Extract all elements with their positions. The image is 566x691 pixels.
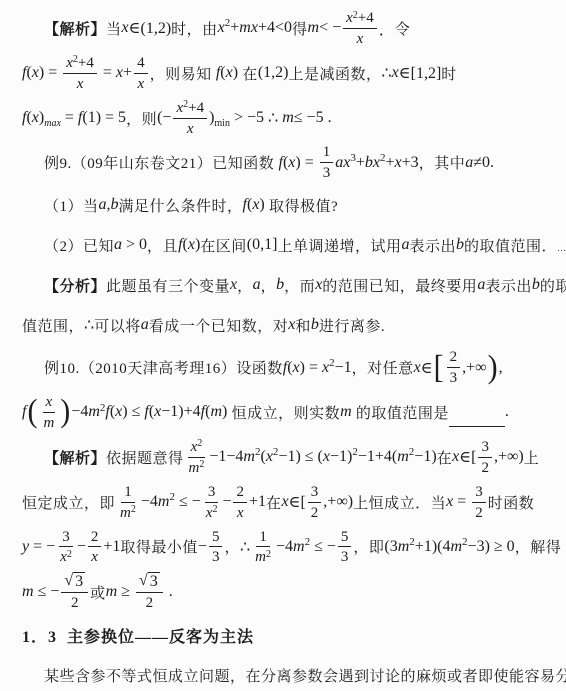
text-run: 恒成立，则实数 <box>227 402 340 423</box>
math-fraction: 32 <box>472 483 486 522</box>
math-variable: x <box>137 76 144 92</box>
math-variable: m <box>293 538 305 556</box>
text-line: 【分析】此题虽有三个变量x，a，b，而x的范围已知，最终要用a表示出b的取 <box>22 265 556 305</box>
math-variable: a <box>401 236 409 254</box>
fraction-numerator: 3 <box>478 438 492 458</box>
math-fraction: x2m2 <box>186 438 208 477</box>
math-text: 3 <box>323 165 331 181</box>
math-variable: x <box>116 64 123 82</box>
math-variable: x <box>230 276 237 294</box>
math-superscript: 2 <box>225 17 231 29</box>
math-text: = <box>453 493 470 511</box>
math-variable: ax <box>335 154 350 172</box>
math-variable: x <box>188 236 195 254</box>
math-text: − <box>77 538 86 556</box>
text-run: 取得极值? <box>265 195 338 216</box>
fraction-numerator: 3 <box>308 483 322 503</box>
math-text: < − <box>319 19 341 37</box>
math-text: 3 <box>208 484 216 500</box>
fraction-denominator: x <box>74 74 87 93</box>
math-superscript: 2 <box>462 536 468 548</box>
radicand: 3 <box>73 572 85 591</box>
math-fraction: 2x <box>88 528 102 567</box>
math-variable: x <box>115 403 122 421</box>
fraction-numerator: x2+4 <box>343 9 377 29</box>
text-run: 上单调递增，试用 <box>277 235 401 256</box>
math-text: ) = <box>39 64 61 82</box>
math-superscript: 2 <box>100 402 106 414</box>
math-text: ,+∞) <box>494 448 524 466</box>
math-superscript: 2 <box>273 446 279 458</box>
fraction-numerator: √3 <box>136 572 163 593</box>
math-superscript: 2 <box>380 152 386 164</box>
fraction-numerator: √3 <box>61 572 88 593</box>
math-text: ) ≤ <box>122 403 144 421</box>
math-text: (0,1] <box>247 236 278 254</box>
math-text: −1) <box>330 448 352 466</box>
math-text: > 0 <box>122 236 147 254</box>
text-run: （1）当 <box>44 195 99 216</box>
math-text: −1−4 <box>209 448 243 466</box>
math-variable: bx <box>365 154 380 172</box>
math-text: ∈[ <box>459 447 476 467</box>
text-line: 例9.（09年山东卷文21）已知函数 f(x) = 13ax3+bx2+x+3，… <box>22 140 556 185</box>
math-text: 1 <box>124 484 132 500</box>
text-run: ，即 <box>353 536 384 557</box>
fraction-numerator: x2 <box>188 438 206 458</box>
text-line: （2）已知a > 0，且f(x)在区间(0,1]上单调递增，试用a表示出b的取值… <box>22 225 556 265</box>
math-variable: f <box>22 403 26 421</box>
math-superscript: 2 <box>197 438 202 449</box>
math-text: (1,2) <box>258 64 289 82</box>
text-line: 例10.（2010天津高考理16）设函数f(x) = x2−1，对任意x∈[23… <box>22 345 556 390</box>
math-fraction: 1m2 <box>252 528 274 567</box>
math-square-root: √3 <box>139 572 160 591</box>
math-variable: x <box>392 64 399 82</box>
fraction-numerator: 5 <box>338 528 352 548</box>
text-run: ，其中 <box>419 152 466 173</box>
math-text: ∈[ <box>289 492 306 512</box>
text-run: 的取 <box>540 275 566 296</box>
text-line: 某些含参不等式恒成立问题，在分离参数会遇到讨论的麻烦或者即使能容易分离出参 <box>22 655 556 691</box>
math-text: 2 <box>236 484 244 500</box>
math-text: +4 <box>78 55 94 71</box>
math-superscript: 2 <box>305 536 311 548</box>
fraction-denominator: 3 <box>338 547 352 566</box>
text-line: f(xm)−4m2f(x) ≤ f(x−1)+4f(m) 恒成立，则实数m 的取… <box>22 390 556 435</box>
math-variable: b <box>276 276 284 294</box>
text-line: m ≤ −√32或m ≥ √32 . <box>22 569 556 615</box>
fraction-numerator: 2 <box>447 348 461 368</box>
math-fraction: x2+4x <box>343 9 377 48</box>
fraction-denominator: m2 <box>117 503 139 522</box>
text-run: 上是减函数， <box>288 63 381 84</box>
math-text: 2 <box>91 529 99 545</box>
math-variable: x <box>288 316 295 334</box>
math-text: + <box>386 154 395 172</box>
math-superscript: 2 <box>409 446 415 458</box>
math-variable: x <box>293 359 300 377</box>
math-variable: x <box>346 10 353 26</box>
math-text: 2 <box>71 595 79 611</box>
fraction-numerator: 5 <box>209 528 223 548</box>
math-variable: x <box>395 154 402 172</box>
math-square-root: √3 <box>64 572 85 591</box>
text-run: ，解得 <box>515 536 562 557</box>
text-run: 取得最小值 <box>120 536 198 557</box>
math-text: ,+∞) <box>323 493 353 511</box>
math-variable: a <box>141 316 149 334</box>
math-text: 3 <box>62 529 70 545</box>
text-run: ， <box>224 536 240 557</box>
math-variable: b <box>456 236 464 254</box>
text-line: （1）当a,b满足什么条件时，f(x) 取得极值? <box>22 185 556 225</box>
math-text: 2 <box>475 505 483 521</box>
fraction-numerator: 4 <box>134 54 148 74</box>
big-delimiter: [ <box>434 351 444 383</box>
text-line: f(x) = x2+4x = x+4x，则易知 f(x) 在(1,2)上是减函数… <box>22 51 556 96</box>
text-run: （2）已知 <box>44 235 114 256</box>
math-variable: x <box>77 76 84 92</box>
math-superscript: 3 <box>350 152 356 164</box>
math-variable: x <box>357 31 364 47</box>
math-text: ∈[1,2] <box>399 63 442 83</box>
math-variable: x <box>237 505 244 521</box>
math-text: ∴ <box>84 315 94 335</box>
document-body: 【解析】当x∈(1,2)时，由x2+mx+4<0得m< −x2+4x．令f(x)… <box>22 6 556 691</box>
text-line: 1．3 主参换位——反客为主法 <box>22 615 556 655</box>
math-variable: mx <box>239 19 258 37</box>
radical-sign: √ <box>139 572 148 590</box>
math-variable: x <box>323 448 330 466</box>
math-text: ∈ <box>421 358 433 378</box>
math-fraction: xm <box>40 393 57 432</box>
math-text: +4 <box>358 10 374 26</box>
text-run: 表示出 <box>409 235 456 256</box>
fraction-numerator: 2 <box>88 528 102 548</box>
math-variable: x <box>32 64 39 82</box>
math-variable: x <box>32 109 39 127</box>
math-text: ≤ − <box>34 583 60 601</box>
math-variable: m <box>210 403 222 421</box>
fraction-denominator: 3 <box>447 368 461 387</box>
text-run: 的范围已知，最终要用 <box>322 275 477 296</box>
radicand: 3 <box>148 572 160 591</box>
fraction-denominator: x2 <box>57 547 75 566</box>
text-run: 的取值范围是 <box>352 402 449 423</box>
text-run: ，对任意 <box>352 357 414 378</box>
fraction-numerator: 2 <box>233 483 247 503</box>
text-run: 可以将 <box>94 315 141 336</box>
math-variable: x <box>218 19 225 37</box>
text-run: 和 <box>295 315 311 336</box>
text-run: 看成一个已知数，对 <box>149 315 289 336</box>
math-text: 5 <box>212 529 220 545</box>
math-variable: b <box>311 316 319 334</box>
math-superscript: 2 <box>329 357 335 369</box>
fraction-denominator: 3 <box>209 547 223 566</box>
math-text: −4 <box>71 403 88 421</box>
text-run: 某些含参不等式恒成立问题，在分离参数会遇到讨论的麻烦或者即使能容易分离出参 <box>44 665 566 686</box>
text-run: 的取值范围． <box>464 235 557 256</box>
fraction-denominator: m2 <box>252 547 274 566</box>
math-text: 3 <box>481 439 489 455</box>
fraction-numerator: 1 <box>121 483 135 503</box>
bold-text-run: 【解析】 <box>44 447 106 468</box>
math-variable: m <box>43 415 54 431</box>
math-variable: x <box>446 493 453 511</box>
math-variable: a <box>477 276 485 294</box>
math-variable: y <box>22 538 29 556</box>
bold-text-run: 【解析】 <box>44 18 106 39</box>
math-text: ) = <box>300 359 322 377</box>
text-run: ， <box>237 275 253 296</box>
text-run: ，则易知 <box>150 63 216 84</box>
fraction-denominator: x <box>88 547 101 566</box>
text-run: 在 <box>437 447 453 468</box>
fraction-numerator: x2+4 <box>63 54 97 74</box>
math-text: −1)+4 <box>161 403 200 421</box>
math-variable: x <box>46 394 53 410</box>
text-run: 值范围， <box>22 315 84 336</box>
text-run: 时函数 <box>488 492 535 513</box>
text-run: 时 <box>441 63 457 84</box>
math-text: 1 <box>259 529 267 545</box>
text-line: f(x)max = f(1) = 5，则(−x2+4x)min > −5 ∴ m… <box>22 96 556 141</box>
math-text: 3 <box>212 549 220 565</box>
text-run: ，则 <box>126 108 157 129</box>
fraction-denominator: x <box>184 119 197 138</box>
math-variable: m <box>450 538 462 556</box>
math-text: + <box>356 154 365 172</box>
math-fraction: 53 <box>338 528 352 567</box>
math-text: ≤ − <box>310 538 336 556</box>
math-text: ≥ <box>117 583 134 601</box>
math-variable: x <box>315 276 322 294</box>
text-run: 依据题意得 <box>106 447 184 468</box>
math-text: ． <box>379 17 395 40</box>
answer-blank <box>449 410 505 427</box>
math-superscript: 2 <box>409 536 415 548</box>
math-text: 3 <box>450 370 458 386</box>
math-superscript: 2 <box>353 10 358 21</box>
math-text: 3 <box>475 484 483 500</box>
math-variable: m <box>398 538 410 556</box>
math-variable: x <box>187 121 194 137</box>
math-variable: b <box>532 276 540 294</box>
fraction-denominator: 2 <box>308 503 322 522</box>
math-fraction: x2+4x <box>63 54 97 93</box>
math-superscript: 2 <box>131 504 136 515</box>
math-text: 1 <box>323 144 331 160</box>
math-text: , <box>499 359 503 377</box>
math-variable: x <box>266 448 273 466</box>
math-text: 2 <box>311 505 319 521</box>
math-variable: m <box>120 505 131 521</box>
math-text: +1)(4 <box>415 538 451 556</box>
math-text: . <box>165 583 173 601</box>
math-variable: x <box>226 64 233 82</box>
math-text: − <box>222 493 231 511</box>
math-text: 4 <box>137 55 145 71</box>
math-text: . <box>490 154 494 172</box>
math-text: ≤ −5 <box>294 109 324 127</box>
text-run: ，且 <box>147 235 178 256</box>
math-text: −1) <box>414 448 436 466</box>
math-variable: x <box>288 154 295 172</box>
text-run: 或 <box>90 582 106 603</box>
text-line: 恒定成立，即1m2−4m2 ≤ −3x2−2x+1在x∈[32,+∞)上恒成立．… <box>22 480 556 525</box>
math-variable: m <box>106 583 118 601</box>
fraction-denominator: 2 <box>478 458 492 477</box>
text-run: 上恒成立．当 <box>353 492 446 513</box>
math-text: ≠0 <box>473 154 490 172</box>
math-text: (− <box>157 109 171 127</box>
math-text: ≤ − <box>175 493 201 511</box>
math-variable: m <box>22 583 34 601</box>
revision-mark: …… <box>557 243 566 253</box>
math-fraction: x2+4x <box>173 99 207 138</box>
math-text: 2 <box>481 460 489 476</box>
text-line: 值范围，∴可以将a看成一个已知数，对x和b进行离参. <box>22 305 556 345</box>
math-text: (1) = 5 <box>82 109 126 127</box>
text-run: 在 <box>266 492 282 513</box>
math-variable: m <box>282 109 294 127</box>
fraction-denominator: x2 <box>203 503 221 522</box>
text-run: 令 <box>395 18 411 39</box>
math-text: . <box>505 403 509 421</box>
math-variable: m <box>189 460 200 476</box>
fraction-numerator: 3 <box>472 483 486 503</box>
math-text: −4 <box>276 538 293 556</box>
big-delimiter: ( <box>27 396 37 428</box>
text-line: y = −3x2−2x+1取得最小值−53，∴1m2−4m2 ≤ −53，即(3… <box>22 525 556 570</box>
math-variable: m <box>397 448 409 466</box>
math-text: ,+∞ <box>462 359 486 377</box>
math-fraction: √32 <box>61 572 88 612</box>
math-superscript: 2 <box>183 99 188 110</box>
bold-text-run: 【分析】 <box>44 275 106 296</box>
math-fraction: 3x2 <box>203 483 221 522</box>
math-fraction: 23 <box>447 348 461 387</box>
math-text: −1+4( <box>358 448 397 466</box>
fraction-denominator: x <box>234 503 247 522</box>
math-superscript: 2 <box>67 549 72 560</box>
math-text: = − <box>29 538 55 556</box>
fraction-denominator: 2 <box>472 503 486 522</box>
math-fraction: √32 <box>136 572 163 612</box>
math-fraction: 1m2 <box>117 483 139 522</box>
math-fraction: 32 <box>478 438 492 477</box>
math-superscript: 2 <box>73 54 78 65</box>
text-run: ， <box>261 275 277 296</box>
math-text: ) = <box>295 154 317 172</box>
math-subscript: max <box>44 118 61 129</box>
fraction-numerator: 1 <box>320 143 334 163</box>
math-variable: x <box>66 55 73 71</box>
text-run: 得 <box>292 18 308 39</box>
math-superscript: 2 <box>266 549 271 560</box>
math-variable: x <box>322 359 329 377</box>
math-fraction: 32 <box>308 483 322 522</box>
math-text: ∈(1,2) <box>129 18 172 38</box>
fraction-numerator: x <box>43 393 56 413</box>
text-run: 例10.（2010天津高考理16）设函数 <box>44 357 283 378</box>
math-text: = <box>61 109 78 127</box>
math-text: + <box>123 64 132 82</box>
math-text: . <box>324 109 332 127</box>
math-superscript: 2 <box>255 446 261 458</box>
math-text: = <box>99 64 116 82</box>
math-variable: a <box>465 154 473 172</box>
text-run: 满足什么条件时， <box>119 195 243 216</box>
math-superscript: 2 <box>352 446 358 458</box>
math-variable: a <box>253 276 261 294</box>
math-variable: x <box>414 359 421 377</box>
math-variable: x <box>282 493 289 511</box>
text-run: 此题虽有三个变量 <box>106 275 230 296</box>
math-variable: x <box>252 196 259 214</box>
text-run: 在区间 <box>200 235 247 256</box>
fraction-denominator: 3 <box>320 163 334 182</box>
text-run: 上 <box>524 447 540 468</box>
math-text: 3 <box>341 549 349 565</box>
fraction-numerator: 3 <box>59 528 73 548</box>
fraction-numerator: x2+4 <box>173 99 207 119</box>
math-text: 2 <box>146 595 154 611</box>
math-text: 5 <box>341 529 349 545</box>
math-superscript: 2 <box>169 491 175 503</box>
math-superscript: 2 <box>212 504 217 515</box>
text-run: 表示出 <box>485 275 532 296</box>
math-text: −1) ≤ ( <box>278 448 322 466</box>
fraction-denominator: 2 <box>68 593 82 612</box>
text-run: 时，由 <box>171 18 218 39</box>
text-run: 进行离参. <box>319 315 385 336</box>
math-fraction: 3x2 <box>57 528 75 567</box>
math-text: ∴ <box>264 108 282 128</box>
math-text: −3) ≥ 0 <box>468 538 515 556</box>
math-text: +1 <box>249 493 266 511</box>
math-variable: m <box>255 549 266 565</box>
math-variable: x <box>452 448 459 466</box>
document-page: 【解析】当x∈(1,2)时，由x2+mx+4<0得m< −x2+4x．令f(x)… <box>0 0 566 691</box>
math-text: 2 <box>450 349 458 365</box>
text-run: ，而 <box>284 275 315 296</box>
math-fraction: 2x <box>233 483 247 522</box>
math-text: +1 <box>103 538 120 556</box>
math-text: 3 <box>311 484 319 500</box>
text-line: 【解析】依据题意得x2m2−1−4m2(x2−1) ≤ (x−1)2−1+4(m… <box>22 435 556 480</box>
text-run: 恒定成立，即 <box>22 492 115 513</box>
math-text: −4 <box>141 493 158 511</box>
math-text: + <box>230 19 239 37</box>
math-variable: x <box>154 403 161 421</box>
bold-text-run: 1．3 主参换位——反客为主法 <box>22 624 254 647</box>
math-text: > −5 <box>230 109 264 127</box>
fraction-numerator: 3 <box>205 483 219 503</box>
math-fraction: 53 <box>209 528 223 567</box>
big-delimiter: ) <box>60 396 70 428</box>
math-variable: m <box>340 403 352 421</box>
math-superscript: 2 <box>199 459 204 470</box>
math-text: +3 <box>402 154 419 172</box>
radical-sign: √ <box>64 572 73 590</box>
math-variable: m <box>243 448 255 466</box>
math-text: ∴ <box>240 537 250 557</box>
fraction-denominator: m <box>40 413 57 432</box>
math-text: −1 <box>335 359 352 377</box>
